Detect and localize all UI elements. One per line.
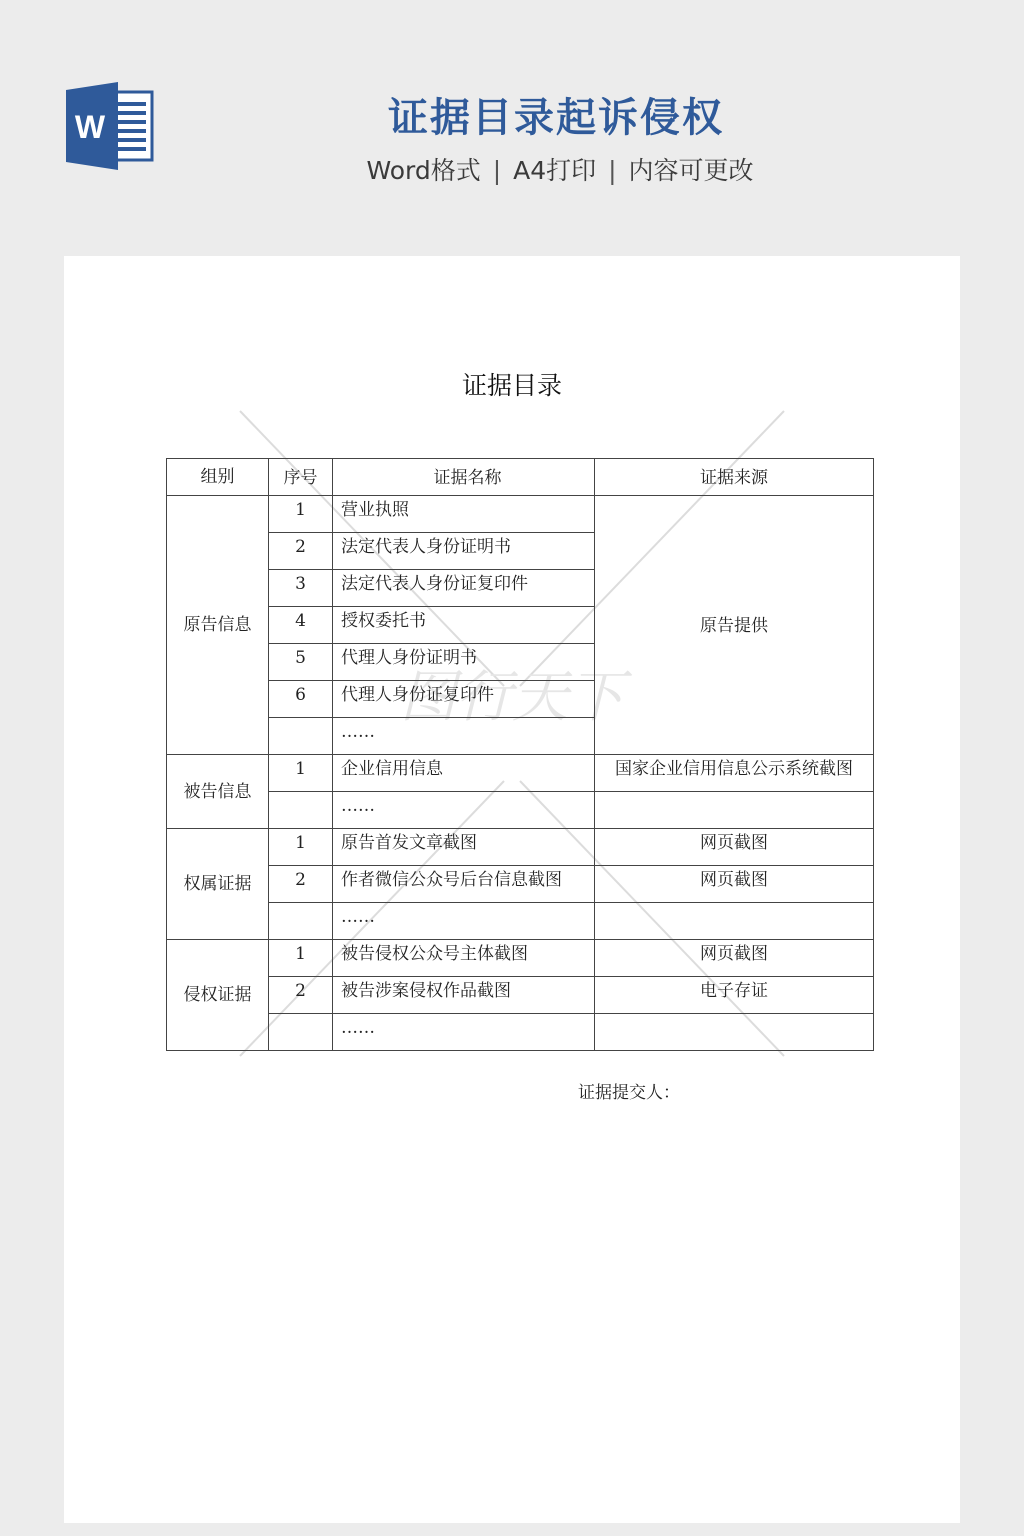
evidence-name-cell: 代理人身份证明书: [333, 644, 595, 681]
evidence-name-cell: 代理人身份证复印件: [333, 681, 595, 718]
header-number: 序号: [269, 459, 333, 496]
number-cell: [269, 792, 333, 829]
hero-title: 证据目录起诉侵权: [300, 92, 812, 144]
number-cell: 2: [269, 977, 333, 1014]
subtitle-separator: |: [604, 156, 620, 185]
table-row: ……: [167, 1014, 874, 1051]
subtitle-print: A4打印: [513, 156, 596, 185]
number-cell: [269, 718, 333, 755]
subtitle-separator: |: [489, 156, 505, 185]
table-row: 原告信息 1 营业执照 原告提供: [167, 496, 874, 533]
evidence-table: 组别 序号 证据名称 证据来源 原告信息 1 营业执照 原告提供 2 法定代表人…: [166, 458, 874, 1051]
source-cell: 网页截图: [595, 940, 874, 977]
source-cell: [595, 1014, 874, 1051]
table-row: 2 作者微信公众号后台信息截图 网页截图: [167, 866, 874, 903]
table-row: ……: [167, 903, 874, 940]
header-group: 组别: [167, 459, 269, 496]
source-cell: [595, 792, 874, 829]
hero-subtitle: Word格式 | A4打印 | 内容可更改: [300, 154, 820, 188]
number-cell: 1: [269, 755, 333, 792]
evidence-name-cell: ……: [333, 1014, 595, 1051]
group-cell: 被告信息: [167, 755, 269, 829]
number-cell: 4: [269, 607, 333, 644]
table-row: 被告信息 1 企业信用信息 国家企业信用信息公示系统截图: [167, 755, 874, 792]
evidence-name-cell: ……: [333, 792, 595, 829]
number-cell: 6: [269, 681, 333, 718]
evidence-name-cell: 授权委托书: [333, 607, 595, 644]
group-cell: 权属证据: [167, 829, 269, 940]
source-cell: 电子存证: [595, 977, 874, 1014]
evidence-name-cell: ……: [333, 718, 595, 755]
evidence-name-cell: 企业信用信息: [333, 755, 595, 792]
number-cell: 5: [269, 644, 333, 681]
table-row: ……: [167, 792, 874, 829]
number-cell: 3: [269, 570, 333, 607]
number-cell: 2: [269, 866, 333, 903]
evidence-name-cell: ……: [333, 903, 595, 940]
document-title: 证据目录: [64, 368, 960, 404]
source-cell: 国家企业信用信息公示系统截图: [595, 755, 874, 792]
group-cell: 原告信息: [167, 496, 269, 755]
number-cell: 1: [269, 496, 333, 533]
svg-text:W: W: [75, 109, 106, 145]
evidence-name-cell: 被告涉案侵权作品截图: [333, 977, 595, 1014]
number-cell: [269, 1014, 333, 1051]
document-page: 图行天下 证据目录 组别 序号 证据名称 证据来源 原告信息 1 营业执照 原告…: [64, 256, 960, 1523]
number-cell: 2: [269, 533, 333, 570]
source-cell: 网页截图: [595, 829, 874, 866]
number-cell: 1: [269, 829, 333, 866]
header-evidence-source: 证据来源: [595, 459, 874, 496]
evidence-name-cell: 被告侵权公众号主体截图: [333, 940, 595, 977]
source-cell: [595, 903, 874, 940]
evidence-name-cell: 法定代表人身份证复印件: [333, 570, 595, 607]
table-row: 2 被告涉案侵权作品截图 电子存证: [167, 977, 874, 1014]
subtitle-format: Word格式: [367, 156, 481, 185]
word-icon: W: [64, 82, 156, 170]
evidence-name-cell: 法定代表人身份证明书: [333, 533, 595, 570]
evidence-name-cell: 原告首发文章截图: [333, 829, 595, 866]
table-row: 权属证据 1 原告首发文章截图 网页截图: [167, 829, 874, 866]
table-row: 侵权证据 1 被告侵权公众号主体截图 网页截图: [167, 940, 874, 977]
header-evidence-name: 证据名称: [333, 459, 595, 496]
group-cell: 侵权证据: [167, 940, 269, 1051]
evidence-name-cell: 作者微信公众号后台信息截图: [333, 866, 595, 903]
submitter-label: 证据提交人：: [578, 1078, 680, 1103]
subtitle-editable: 内容可更改: [628, 156, 753, 185]
number-cell: 1: [269, 940, 333, 977]
evidence-name-cell: 营业执照: [333, 496, 595, 533]
table-header-row: 组别 序号 证据名称 证据来源: [167, 459, 874, 496]
number-cell: [269, 903, 333, 940]
source-cell: 网页截图: [595, 866, 874, 903]
source-cell: 原告提供: [595, 496, 874, 755]
